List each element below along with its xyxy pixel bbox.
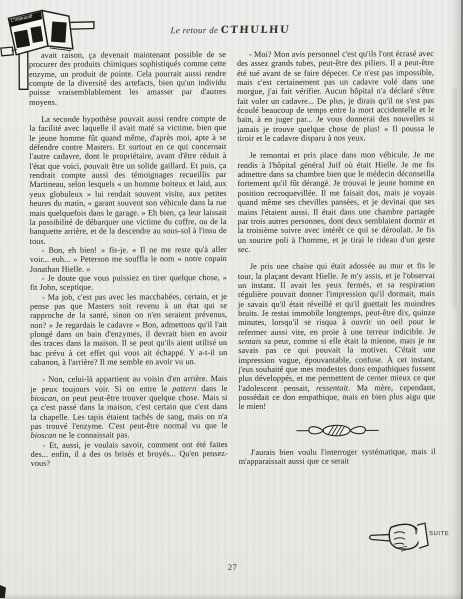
text-run: - Ma job, c'est pas avec les macchabées,…	[30, 292, 227, 367]
newspaper-post-vertical	[19, 52, 28, 89]
pointing-hand-icon: SUITE	[367, 513, 453, 557]
text-run: - Et, aussi, je voulais savoir, comment …	[31, 440, 228, 469]
chapter-title-main: CTHULHU	[220, 25, 290, 36]
text-run: La seconde hypothèse pouvait aussi rendr…	[29, 114, 226, 245]
italic-text-run: pattern	[172, 384, 196, 393]
text-run: dans le	[196, 384, 227, 393]
paragraph: Je remontai et pris place dans mon véhic…	[237, 151, 434, 255]
section-divider	[239, 421, 436, 440]
italic-text-run: sentais	[238, 337, 261, 346]
text-run: - Moi? Mon avis personnel c'est qu'ils l…	[237, 49, 434, 143]
chapter-title-prefix: Le retour de	[170, 25, 218, 35]
text-run: - Bon, eh bien! » fis-je. « Il ne me res…	[30, 245, 227, 274]
italic-text-run: ressentait	[316, 383, 348, 392]
text-run: Je pris une chaise qui était adossée au …	[238, 261, 435, 336]
paragraph: - Ma job, c'est pas avec les macchabées,…	[30, 292, 227, 368]
paragraph: La seconde hypothèse pouvait aussi rendr…	[29, 114, 227, 246]
text-run: ne le connaissait pas.	[56, 431, 129, 440]
italic-text-run: bioscan	[30, 394, 56, 403]
right-column: - Moi? Mon avis personnel c'est qu'ils l…	[237, 49, 436, 468]
paragraph: - Et, aussi, je voulais savoir, comment …	[31, 440, 228, 469]
text-run: Je remontai et pris place dans mon véhic…	[237, 151, 434, 254]
text-run: , on peut peut-être trouver quelque chos…	[30, 393, 227, 431]
text-run: avait raison, ça devenait maintenant pos…	[29, 50, 226, 107]
text-columns: avait raison, ça devenait maintenant pos…	[29, 49, 436, 469]
paragraph: - Je doute que vous puissiez en tirer qu…	[30, 273, 227, 293]
paragraph: - Non, celui-là appartient au voisin d'e…	[30, 374, 227, 440]
text-run: J'aurais bien voulu l'interroger systéma…	[239, 447, 436, 466]
suite-label: SUITE	[429, 531, 449, 537]
page-content: Le retour de CTHULHU L'Interactif	[0, 0, 463, 599]
paragraph: avait raison, ça devenait maintenant pos…	[29, 50, 226, 107]
page-number: 27	[1, 561, 463, 573]
newspaper-post-stub	[1, 47, 14, 56]
paragraph: J'aurais bien voulu l'interroger systéma…	[239, 447, 436, 467]
paragraph: Je pris une chaise qui était adossée au …	[238, 261, 436, 411]
paragraph: - Bon, eh bien! » fis-je. « Il ne me res…	[30, 245, 227, 274]
scroll-ornament-icon	[294, 422, 380, 438]
italic-text-run: bioscan	[31, 431, 57, 440]
text-run: - Je doute que vous puissiez en tirer qu…	[30, 273, 227, 292]
newspaper-photo-right	[51, 22, 67, 43]
scan-edge-bottom	[0, 593, 463, 599]
left-column: avait raison, ça devenait maintenant pos…	[29, 50, 228, 469]
scanned-book-page: Le retour de CTHULHU L'Interactif	[0, 0, 463, 599]
continuation-mark: SUITE	[367, 513, 453, 557]
paragraph: - Moi? Mon avis personnel c'est qu'ils l…	[237, 49, 434, 143]
newspaper-photo-left-1	[14, 30, 30, 48]
